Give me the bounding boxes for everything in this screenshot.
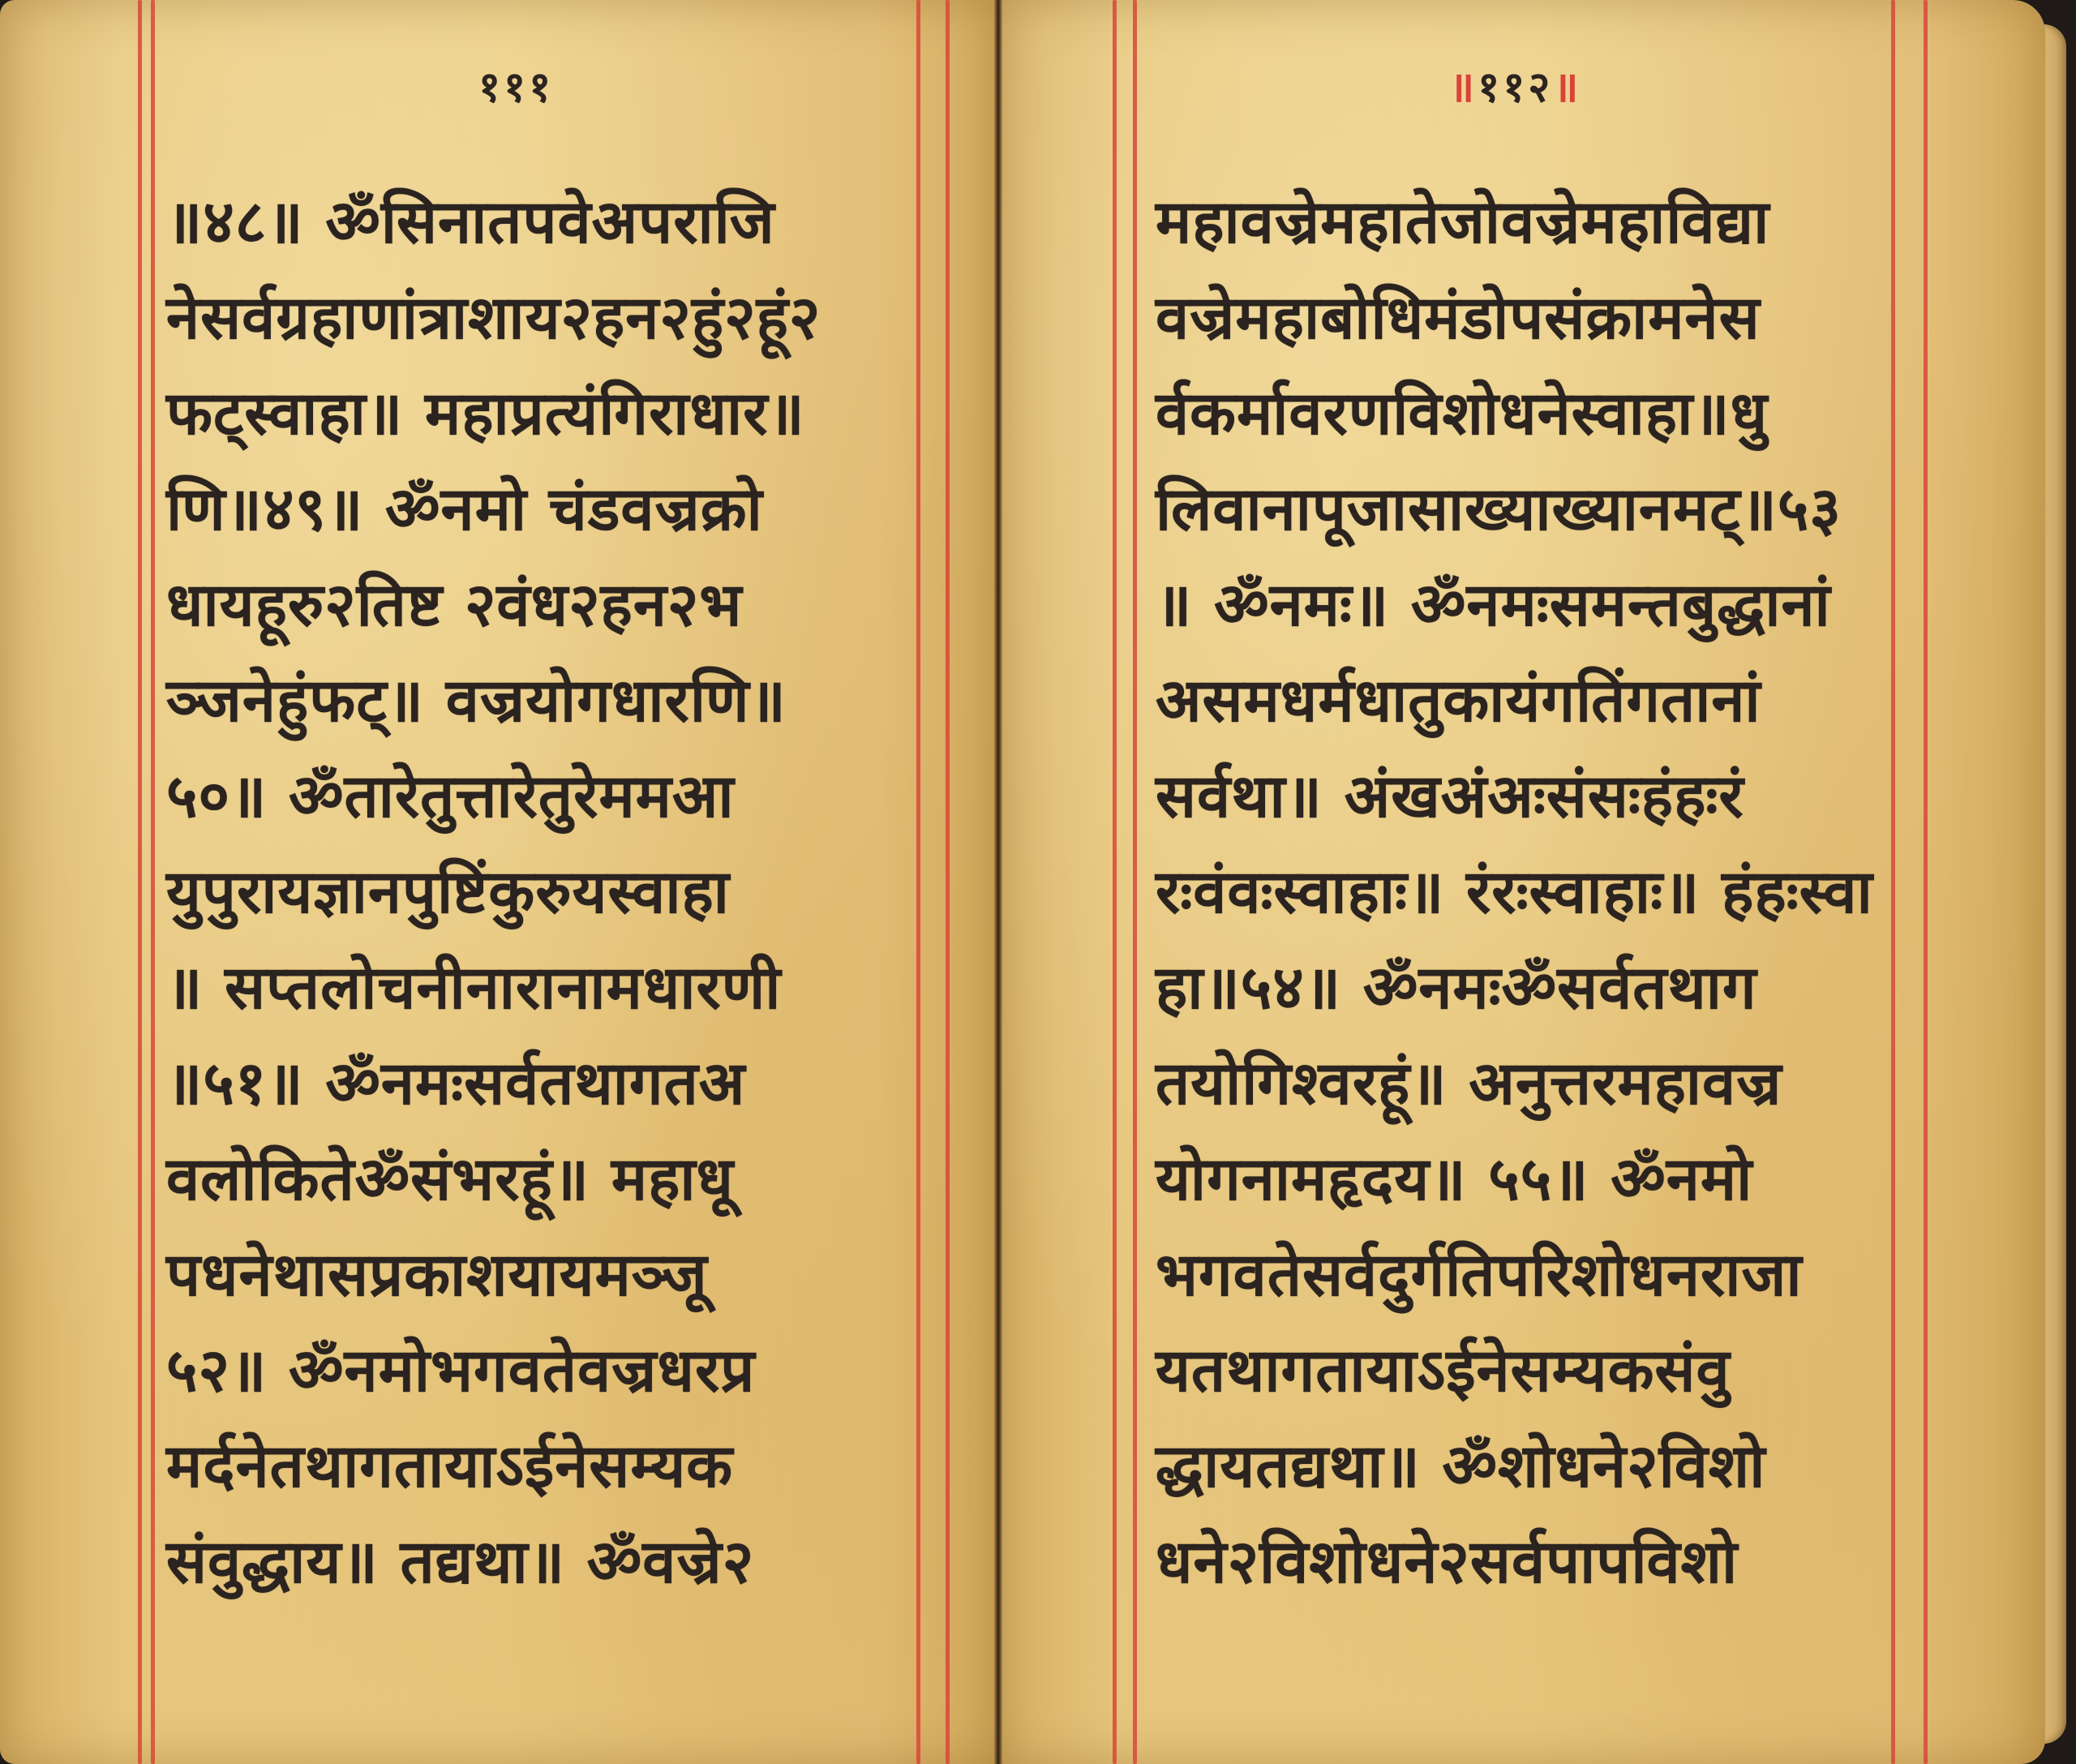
danda-marker: ॥ <box>1449 63 1478 112</box>
text-line: हा॥५४॥ ॐनमःॐसर्वतथाग <box>1156 940 1910 1036</box>
text-line: तयोगिश्वरहूं॥ अनुत्तरमहावज्र <box>1156 1036 1910 1131</box>
right-margin-rule-outer <box>1924 0 1928 1764</box>
text-line: ५०॥ ॐतारेतुत्तारेतुरेममआ <box>166 749 912 844</box>
text-line: र्वकर्मावरणविशोधनेस्वाहा॥धु <box>1156 366 1910 461</box>
right-page-text: महावज्रेमहातेजोवज्रेमहाविद्या वज्रेमहाबो… <box>1156 174 1910 1610</box>
text-line: महावज्रेमहातेजोवज्रेमहाविद्या <box>1156 174 1910 270</box>
text-line: भगवतेसर्वदुर्गतिपरिशोधनराजा <box>1156 1227 1910 1323</box>
left-page-text: ॥४८॥ ॐसिनातपवेअपराजि नेसर्वग्रहाणांत्राश… <box>166 174 912 1610</box>
text-line: ५२॥ ॐनमोभगवतेवज्रधरप्र <box>166 1323 912 1418</box>
text-line: ॥ सप्तलोचनीनारानामधारणी <box>166 940 912 1036</box>
open-manuscript-book: १११ ॥११२॥ ॥४८॥ ॐसिनातपवेअपराजि नेसर्वग्र… <box>0 0 2076 1764</box>
page-number-value: ११२ <box>1478 63 1553 112</box>
text-line: संवुद्धाय॥ तद्यथा॥ ॐवज्रे२ <box>166 1514 912 1610</box>
text-line: यतथागतायाऽईनेसम्यकसंवु <box>1156 1323 1910 1418</box>
text-line: रःवंवःस्वाहाः॥ रंरःस्वाहाः॥ हंहःस्वा <box>1156 844 1910 940</box>
text-line: णि॥४९॥ ॐनमो चंडवज्रक्रो <box>166 461 912 557</box>
text-line: ॥५१॥ ॐनमःसर्वतथागतअ <box>166 1036 912 1131</box>
page-number: १११ <box>478 57 554 114</box>
text-line: ॥ ॐनमः॥ ॐनमःसमन्तबुद्धानां <box>1156 557 1910 653</box>
right-margin-rule-inner <box>916 0 920 1764</box>
page-number: ॥११२॥ <box>1449 57 1581 114</box>
text-line: लिवानापूजासाख्याख्यानमट्॥५३ <box>1156 461 1910 557</box>
text-line: योगनामहृदय॥ ५५॥ ॐनमो <box>1156 1131 1910 1227</box>
book-gutter <box>994 0 1002 1764</box>
text-line: धने२विशोधने२सर्वपापविशो <box>1156 1514 1910 1610</box>
text-line: नेसर्वग्रहाणांत्राशाय२हन२हुं२हूं२ <box>166 270 912 366</box>
text-line: वलोकितेॐसंभरहूं॥ महाधू <box>166 1131 912 1227</box>
text-line: ॥४८॥ ॐसिनातपवेअपराजि <box>166 174 912 270</box>
text-line: असमधर्मधातुकायंगतिंगतानां <box>1156 653 1910 749</box>
text-line: पधनेथासप्रकाशयायमञ्जू <box>166 1227 912 1323</box>
text-line: ञ्जनेहुंफट्॥ वज्रयोगधारणि॥ <box>166 653 912 749</box>
left-margin-rule-outer <box>138 0 142 1764</box>
text-line: द्धायतद्यथा॥ ॐशोधने२विशो <box>1156 1418 1910 1514</box>
text-line: फट्स्वाहा॥ महाप्रत्यंगिराधार॥ <box>166 366 912 461</box>
page-number-value: १११ <box>478 63 554 112</box>
left-margin-rule-outer <box>1113 0 1117 1764</box>
right-margin-rule-outer <box>946 0 950 1764</box>
left-margin-rule-inner <box>151 0 155 1764</box>
left-margin-rule-inner <box>1133 0 1137 1764</box>
text-line: युपुरायज्ञानपुष्टिंकुरुयस्वाहा <box>166 844 912 940</box>
text-line: सर्वथा॥ अंखअंअःसंसःहंहःरं <box>1156 749 1910 844</box>
book-page-edges <box>2044 24 2066 1744</box>
text-line: मर्दनेतथागतायाऽईनेसम्यक <box>166 1418 912 1514</box>
text-line: वज्रेमहाबोधिमंडोपसंक्रामनेस <box>1156 270 1910 366</box>
text-line: धायहूरु२तिष्ट २वंध२हन२भ <box>166 557 912 653</box>
danda-marker: ॥ <box>1553 63 1581 112</box>
